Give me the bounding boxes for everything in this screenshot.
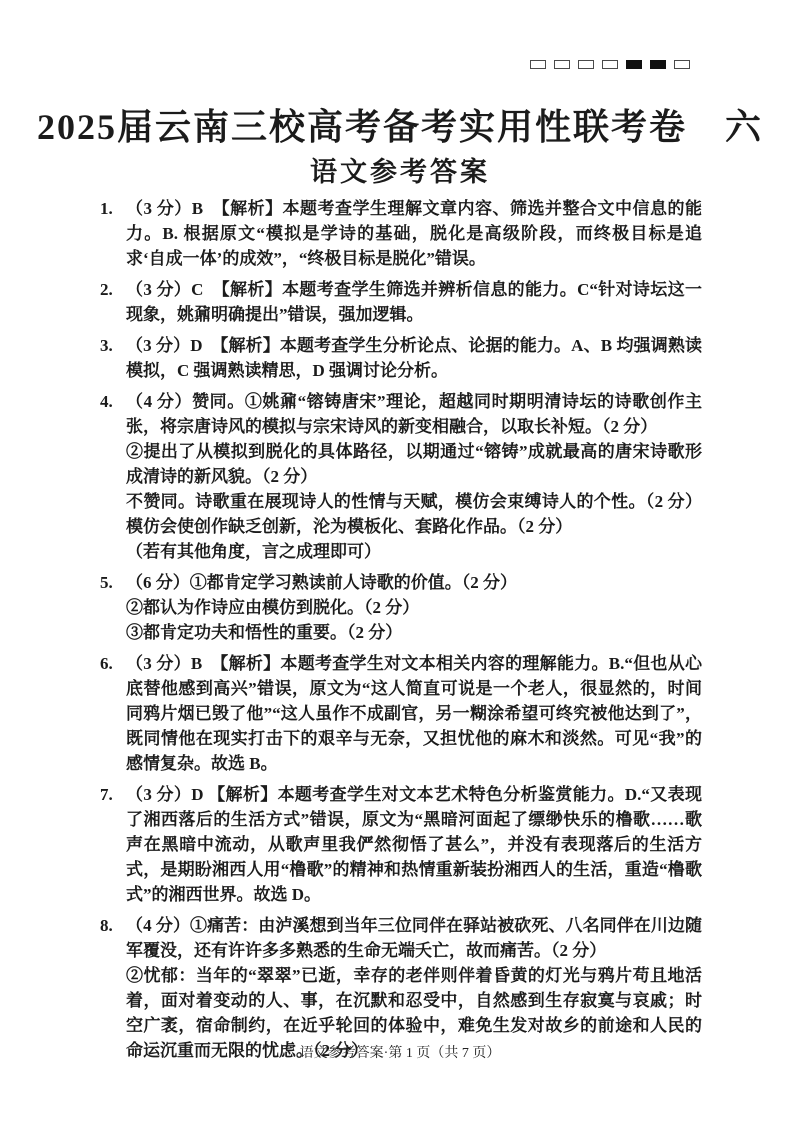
answer-paragraph: （4 分）赞同。①姚鼐“镕铸唐宋”理论，超越同时期明清诗坛的诗歌创作主张，将宗唐… — [126, 389, 702, 439]
answer-item-8: 8. （4 分）①痛苦：由泸溪想到当年三位同伴在驿站被砍死、八名同伴在川边随军覆… — [100, 913, 702, 1063]
item-number: 7. — [100, 782, 113, 807]
registration-mark — [578, 60, 594, 69]
registration-mark — [554, 60, 570, 69]
answer-paragraph: ②提出了从模拟到脱化的具体路径，以期通过“镕铸”成就最高的唐宋诗歌形成清诗的新风… — [126, 439, 702, 489]
answer-item-5: 5. （6 分）①都肯定学习熟读前人诗歌的价值。（2 分） ②都认为作诗应由模仿… — [100, 570, 702, 645]
answer-paragraph: （3 分）D 【解析】本题考查学生分析论点、论据的能力。A、B 均强调熟读模拟，… — [126, 333, 702, 383]
answer-item-4: 4. （4 分）赞同。①姚鼐“镕铸唐宋”理论，超越同时期明清诗坛的诗歌创作主张，… — [100, 389, 702, 564]
answer-paragraph: （3 分）B 【解析】本题考查学生理解文章内容、筛选并整合文中信息的能力。B. … — [126, 196, 702, 271]
answer-item-6: 6. （3 分）B 【解析】本题考查学生对文本相关内容的理解能力。B.“但也从心… — [100, 651, 702, 776]
registration-mark — [530, 60, 546, 69]
answers-list: 1. （3 分）B 【解析】本题考查学生理解文章内容、筛选并整合文中信息的能力。… — [100, 196, 702, 1069]
answer-paragraph: （3 分）B 【解析】本题考查学生对文本相关内容的理解能力。B.“但也从心底替他… — [126, 651, 702, 776]
answer-paragraph: ②都认为作诗应由模仿到脱化。（2 分） — [126, 595, 702, 620]
item-number: 6. — [100, 651, 113, 676]
registration-mark — [626, 60, 642, 69]
answer-paragraph: （3 分）D 【解析】本题考查学生对文本艺术特色分析鉴赏能力。D.“又表现了湘西… — [126, 782, 702, 907]
item-number: 3. — [100, 333, 113, 358]
answer-paragraph: （6 分）①都肯定学习熟读前人诗歌的价值。（2 分） — [126, 570, 702, 595]
registration-marks — [530, 60, 690, 69]
answer-paragraph: 不赞同。诗歌重在展现诗人的性情与天赋，模仿会束缚诗人的个性。（2 分）模仿会使创… — [126, 489, 702, 539]
answer-paragraph: （3 分）C 【解析】本题考查学生筛选并辨析信息的能力。C“针对诗坛这一现象，姚… — [126, 277, 702, 327]
item-number: 2. — [100, 277, 113, 302]
registration-mark — [602, 60, 618, 69]
item-number: 4. — [100, 389, 113, 414]
item-number: 1. — [100, 196, 113, 221]
answer-sheet-page: 2025届云南三校高考备考实用性联考卷 六 语文参考答案 1. （3 分）B 【… — [0, 0, 800, 1131]
item-number: 8. — [100, 913, 113, 938]
title-block: 2025届云南三校高考备考实用性联考卷 六 语文参考答案 — [0, 103, 800, 190]
answer-item-7: 7. （3 分）D 【解析】本题考查学生对文本艺术特色分析鉴赏能力。D.“又表现… — [100, 782, 702, 907]
answer-item-2: 2. （3 分）C 【解析】本题考查学生筛选并辨析信息的能力。C“针对诗坛这一现… — [100, 277, 702, 327]
page-footer: 语文参考答案·第 1 页（共 7 页） — [0, 1042, 800, 1062]
registration-mark — [650, 60, 666, 69]
page-subtitle: 语文参考答案 — [0, 154, 800, 190]
registration-mark — [674, 60, 690, 69]
page-title: 2025届云南三校高考备考实用性联考卷 六 — [0, 103, 800, 151]
answer-paragraph: （4 分）①痛苦：由泸溪想到当年三位同伴在驿站被砍死、八名同伴在川边随军覆没，还… — [126, 913, 702, 963]
answer-paragraph: （若有其他角度，言之成理即可） — [126, 539, 702, 564]
item-number: 5. — [100, 570, 113, 595]
answer-item-3: 3. （3 分）D 【解析】本题考查学生分析论点、论据的能力。A、B 均强调熟读… — [100, 333, 702, 383]
answer-item-1: 1. （3 分）B 【解析】本题考查学生理解文章内容、筛选并整合文中信息的能力。… — [100, 196, 702, 271]
answer-paragraph: ③都肯定功夫和悟性的重要。（2 分） — [126, 620, 702, 645]
